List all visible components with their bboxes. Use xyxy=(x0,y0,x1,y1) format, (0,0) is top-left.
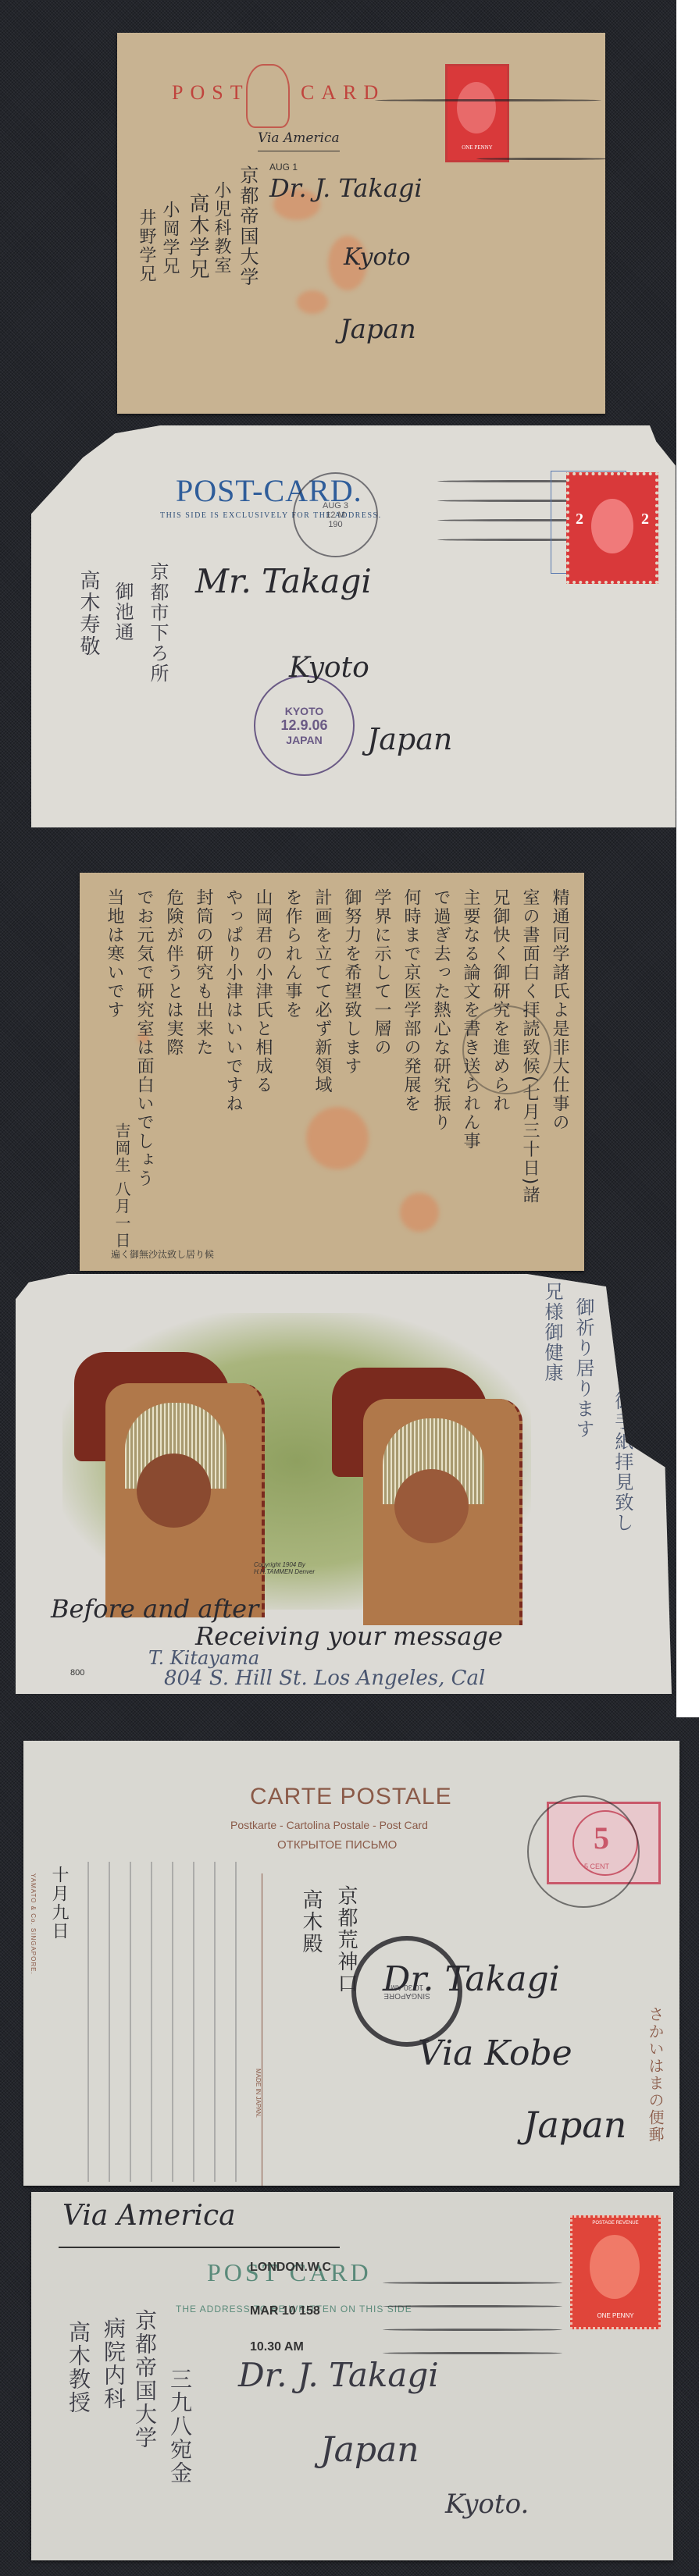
sender-note: 三九八宛金 xyxy=(164,2368,195,2485)
one-penny-stamp: ONE PENNY xyxy=(445,64,509,162)
sender-column-2: 病院内科 xyxy=(98,2317,129,2411)
sender-column-5: 井野学兄 xyxy=(134,208,159,283)
sender-column-3: 高木寿敬 xyxy=(74,570,103,657)
address-line-2: Via Kobe xyxy=(418,2033,572,2073)
postcard-us-2: POST-CARD. THIS SIDE IS EXCLUSIVELY FOR … xyxy=(31,425,676,827)
address-line-1: Mr. Takagi xyxy=(195,562,372,600)
postcard-header: CARTE POSTALE xyxy=(250,1784,452,1810)
date-column: 十月九日 xyxy=(47,1866,71,1941)
postmark-partial: AUG 1 xyxy=(269,162,298,173)
copyright-text: Copyright 1904 By H.H.TAMMEN Denver xyxy=(254,1561,328,1575)
recipient-column-1: 京都荒神口 xyxy=(332,1885,361,1994)
postcard-singapore-5: CARTE POSTALE Postkarte - Cartolina Post… xyxy=(23,1741,679,2186)
letter-bottom-line: 遍く御無沙汰致し居り候 xyxy=(111,1247,214,1261)
address-line-2: Kyoto xyxy=(344,244,411,271)
postcard-header-left: POST xyxy=(172,81,250,105)
sender-column-2: 小児科教室 xyxy=(209,181,234,275)
vertical-right-text: さかいはまの便郵 xyxy=(644,2006,667,2144)
address-line-3: Japan xyxy=(523,2104,626,2146)
address-line-1: Dr. J. Takagi xyxy=(238,2356,439,2394)
sender-column-3: 高木学兄 xyxy=(184,193,212,280)
postcard-illustrated-4: Copyright 1904 By H.H.TAMMEN Denver 800 … xyxy=(16,1274,672,1694)
vertical-note-1: 兄様御健康 xyxy=(539,1282,566,1383)
los-angeles-postmark: AUG 3 12 M 190 xyxy=(293,472,378,557)
address-line-3: Japan xyxy=(367,722,452,756)
papoose-after-illustration xyxy=(332,1368,527,1625)
postcard-subheader: Postkarte - Cartolina Postale - Post Car… xyxy=(230,1819,428,1831)
route-note: Via America xyxy=(258,130,340,151)
sender-column-4: 小岡学兄 xyxy=(158,201,182,276)
address-line-1: Dr. J. Takagi xyxy=(269,173,423,203)
sender-column-2: 御池通 xyxy=(109,582,137,642)
route-underline xyxy=(59,2247,340,2248)
sender-name: T. Kitayama xyxy=(148,1647,259,1669)
message-line-1: Before and after xyxy=(51,1594,259,1624)
papoose-before-illustration xyxy=(74,1352,269,1617)
postcard-russian-header: ОТКРЫТОЕ ПИСЬМО xyxy=(277,1838,397,1852)
address-line-1: Dr. Takagi xyxy=(383,1959,560,1999)
sender-column-1: 京都市下ろ所 xyxy=(144,562,172,684)
one-penny-stamp: POSTAGE REVENUE ONE PENNY xyxy=(570,2215,661,2329)
postcard-british-1: POST CARD ONE PENNY Via America AUG 1 Dr… xyxy=(117,33,605,414)
image-margin-strip xyxy=(676,0,699,1717)
address-line-2: Japan xyxy=(320,2430,419,2470)
sender-column-3: 高木教授 xyxy=(62,2321,94,2414)
made-in-japan-imprint: MADE IN JAPAN. xyxy=(255,2069,262,2118)
sender-column-1: 京都帝国大学 xyxy=(129,2309,160,2450)
address-line-2: Kyoto xyxy=(289,652,369,684)
london-postmark: LONDON.W.C MAR 10 158 10.30 AM xyxy=(250,2261,331,2354)
machine-cancel xyxy=(383,2282,562,2284)
letter-message: 精通同学諸氏よ是非大仕事の 室の書面白く拝読致候(七月三十日)諸 兄御快く御研究… xyxy=(95,888,572,1232)
card-number: 800 xyxy=(70,1668,84,1678)
route-note: Via America xyxy=(62,2200,236,2232)
circular-postmark xyxy=(527,1795,640,1908)
divider-line xyxy=(262,1873,262,2186)
postcard-london-6: Via America POST CARD THE ADDRESS TO BE … xyxy=(31,2192,673,2560)
address-line-3: Japan xyxy=(340,314,416,345)
recipient-column-2: 高木殿 xyxy=(297,1889,326,1955)
sender-column-1: 京都帝国大学 xyxy=(234,165,262,287)
royal-crest-icon xyxy=(246,64,290,128)
vertical-note-2: 御祈り居ります xyxy=(570,1297,597,1439)
postcard-header-right: CARD xyxy=(301,81,385,105)
machine-cancel xyxy=(375,99,601,101)
address-line-3: Kyoto. xyxy=(445,2489,529,2520)
two-cent-stamp: 2 2 xyxy=(566,472,658,584)
postcard-letter-3: 精通同学諸氏よ是非大仕事の 室の書面白く拝読致候(七月三十日)諸 兄御快く御研究… xyxy=(80,873,584,1271)
message-body xyxy=(78,1862,250,2182)
sender-address: 804 S. Hill St. Los Angeles, Cal xyxy=(164,1667,485,1690)
letter-signature: 吉岡生 八月一日 xyxy=(111,1123,134,1249)
publisher-imprint: YAMATO & Co. SINGAPORE. xyxy=(30,1873,37,1975)
kyoto-arrival-postmark: KYOTO 12.9.06 JAPAN xyxy=(254,675,355,776)
